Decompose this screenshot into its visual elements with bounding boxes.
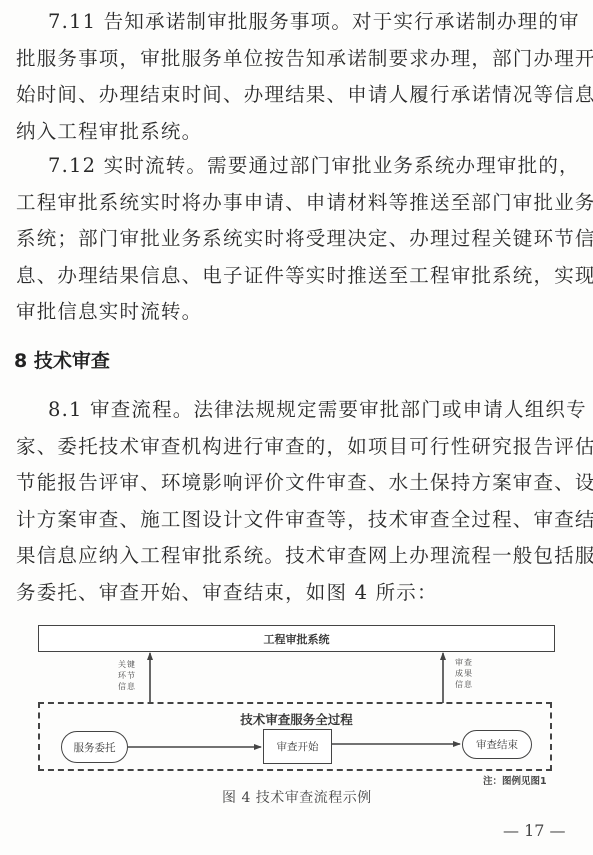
flow-diagram: 工程审批系统 关键 环节 信息 审查 成果 信息 技术审查服务全过程 服务委托 … [0,0,593,855]
page-number: — 17 — [503,821,566,840]
figure-caption: 图 4 技术审查流程示例 [222,787,372,807]
label-line: 环节 [118,670,140,681]
label-line: 信息 [455,679,477,690]
process-title: 技术审查服务全过程 [0,710,593,728]
left-arrow-label: 关键 环节 信息 [118,659,140,692]
approval-system-box: 工程审批系统 [38,625,555,652]
label-line: 审查 [455,657,477,668]
node-service-commission: 服务委托 [61,731,128,763]
label-line: 关键 [118,659,140,670]
legend-note: 注：图例见图1 [483,773,547,787]
label-line: 信息 [118,681,140,692]
label-line: 成果 [455,668,477,679]
node-review-end: 审查结束 [462,730,532,759]
right-arrow-label: 审查 成果 信息 [455,657,477,690]
node-review-start: 审查开始 [263,729,332,764]
